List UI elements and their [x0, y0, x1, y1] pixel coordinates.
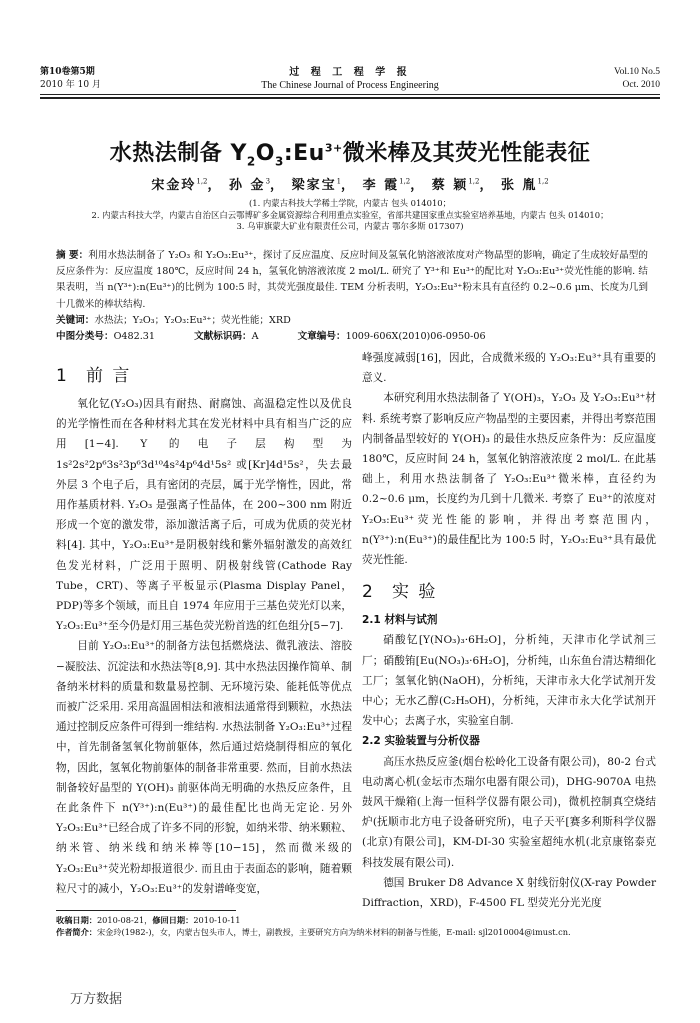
article-id-value: 1009-606X(2010)06-0950-06	[346, 331, 486, 342]
keywords-text: 水热法；Y₂O₃；Y₂O₃:Eu³⁺；荧光性能；XRD	[94, 315, 290, 326]
paragraph: 峰强度减弱[16]，因此，合成微米级的 Y₂O₃:Eu³⁺具有重要的意义.	[362, 348, 656, 388]
paper-title: 水热法制备 Y2O3:Eu3+微米棒及其荧光性能表征	[0, 136, 700, 167]
author: 宋金玲1,2	[151, 178, 207, 193]
author-list: 宋金玲1,2， 孙 金3， 梁家宝1， 李 霞1,2， 蔡 颖1,2， 张 胤1…	[0, 174, 700, 193]
affiliations: (1. 内蒙古科技大学稀土学院，内蒙古 包头 014010； 2. 内蒙古科技大…	[20, 198, 680, 233]
paragraph: 本研究利用水热法制备了 Y(OH)₃，Y₂O₃ 及 Y₂O₃:Eu³⁺材料. 系…	[362, 388, 656, 570]
abstract: 摘 要：利用水热法制备了 Y₂O₃ 和 Y₂O₃:Eu³⁺，探讨了反应温度、反应…	[56, 248, 648, 313]
title-sup: 3+	[325, 142, 343, 155]
section-heading-introduction: 1前 言	[56, 358, 352, 394]
title-prefix: 水热法制备 Y	[110, 141, 247, 166]
journal-name-cn: 过 程 工 程 学 报	[40, 66, 660, 79]
footnote-rule	[56, 910, 236, 911]
affiliation-2: 2. 内蒙古科技大学，内蒙古自治区白云鄂博矿多金属资源综合利用重点实验室，省部共…	[20, 210, 680, 222]
dates-line: 收稿日期：2010-08-21，修回日期：2010-10-11	[56, 914, 660, 926]
author: 梁家宝1	[292, 178, 341, 193]
abstract-block: 摘 要：利用水热法制备了 Y₂O₃ 和 Y₂O₃:Eu³⁺，探讨了反应温度、反应…	[56, 248, 648, 345]
affiliation-3: 3. 乌审旗蒙大矿业有限责任公司，内蒙古 鄂尔多斯 017307)	[20, 221, 680, 233]
paragraph: 硝酸钇[Y(NO₃)₃·6H₂O]，分析纯，天津市化学试剂三厂；硝酸铕[Eu(N…	[362, 630, 656, 731]
paragraph: 德国 Bruker D8 Advance X 射线衍射仪(X-ray Powde…	[362, 873, 656, 913]
keywords: 关键词：水热法；Y₂O₃；Y₂O₃:Eu³⁺；荧光性能；XRD	[56, 313, 648, 329]
header-rule-thick	[40, 97, 660, 99]
paper-page: 第10卷第5期 2010 年 10 月 过 程 工 程 学 报 The Chin…	[0, 0, 700, 1023]
title-colon: :Eu	[284, 141, 325, 166]
author: 蔡 颖1,2	[432, 178, 480, 193]
author: 李 霞1,2	[363, 178, 411, 193]
author-bio: 作者简介：宋金玲(1982-)，女，内蒙古包头市人，博士，副教授，主要研究方向为…	[56, 926, 660, 938]
title-suffix: 微米棒及其荧光性能表征	[343, 141, 591, 166]
right-column: 峰强度减弱[16]，因此，合成微米级的 Y₂O₃:Eu³⁺具有重要的意义. 本研…	[362, 348, 656, 913]
left-column: 1前 言 氧化钇(Y₂O₃)因具有耐热、耐腐蚀、高温稳定性以及优良的光学惰性而在…	[56, 358, 352, 899]
date-en: Oct. 2010	[614, 79, 660, 92]
header-center: 过 程 工 程 学 报 The Chinese Journal of Proce…	[40, 66, 660, 92]
paragraph: 氧化钇(Y₂O₃)因具有耐热、耐腐蚀、高温稳定性以及优良的光学惰性而在各种材料尤…	[56, 394, 352, 636]
keywords-label: 关键词：	[56, 315, 94, 326]
title-sub-1: 2	[247, 154, 256, 168]
watermark: 万方数据	[70, 988, 122, 1007]
clc-label: 中图分类号：	[56, 331, 114, 342]
header-rule	[40, 94, 660, 95]
header-right: Vol.10 No.5 Oct. 2010	[614, 66, 660, 92]
subsection-heading-apparatus: 2.2 实验装置与分析仪器	[362, 731, 656, 751]
affiliation-1: (1. 内蒙古科技大学稀土学院，内蒙古 包头 014010；	[20, 198, 680, 210]
volume-issue-en: Vol.10 No.5	[614, 66, 660, 79]
doc-code-label: 文献标识码：	[194, 331, 252, 342]
article-id-label: 文章编号：	[298, 331, 346, 342]
author: 孙 金3	[229, 178, 270, 193]
footnote: 收稿日期：2010-08-21，修回日期：2010-10-11 作者简介：宋金玲…	[56, 914, 660, 938]
paragraph: 高压水热反应釜(烟台松岭化工设备有限公司)，80-2 台式电动离心机(金坛市杰瑞…	[362, 752, 656, 873]
abstract-text: 利用水热法制备了 Y₂O₃ 和 Y₂O₃:Eu³⁺，探讨了反应温度、反应时间及氢…	[56, 250, 648, 310]
journal-name-en: The Chinese Journal of Process Engineeri…	[40, 79, 660, 92]
doc-code-value: A	[252, 331, 259, 342]
title-mid: O	[256, 141, 275, 166]
classification-line: 中图分类号：O482.31 文献标识码：A 文章编号：1009-606X(201…	[56, 329, 648, 345]
paragraph: 目前 Y₂O₃:Eu³⁺的制备方法包括燃烧法、微乳液法、溶胶−凝胶法、沉淀法和水…	[56, 636, 352, 899]
subsection-heading-materials: 2.1 材料与试剂	[362, 610, 656, 630]
clc-value: O482.31	[114, 331, 155, 342]
abstract-label: 摘 要：	[56, 250, 88, 261]
author: 张 胤1,2	[501, 178, 549, 193]
section-heading-experiment: 2实 验	[362, 574, 656, 610]
title-sub-2: 3	[275, 154, 284, 168]
